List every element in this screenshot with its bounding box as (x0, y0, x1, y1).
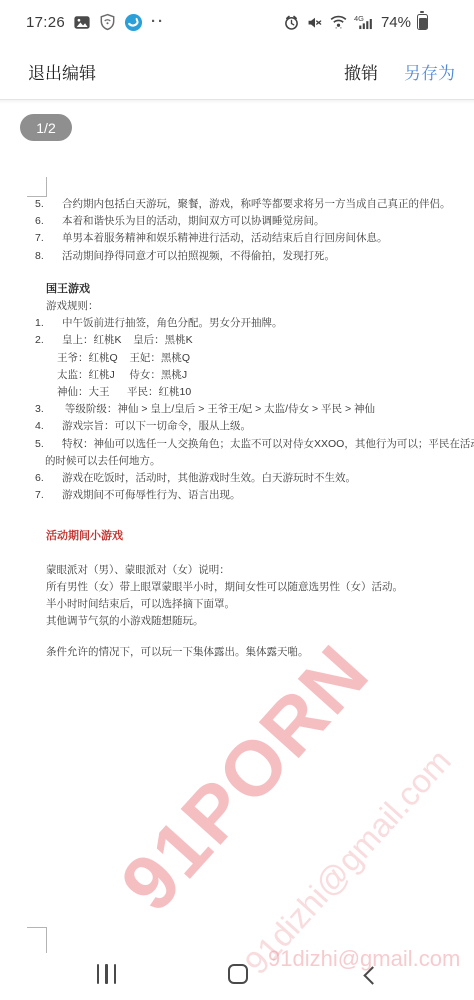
doc-line: 所有男性（女）带上眼罩蒙眼半小时，期间女性可以随意选男性（女）活动。 (0, 579, 474, 596)
blue-app-icon (124, 13, 143, 32)
doc-line: 半小时时间结束后，可以选择摘下面罩。 (0, 596, 474, 613)
doc-line: 2.皇上：红桃K 皇后：黑桃K (0, 332, 474, 349)
secure-wifi-shield-icon (99, 13, 116, 31)
doc-line: 8.活动期间挣得同意才可以拍照视频，不得偷拍，发现打死。 (0, 248, 474, 265)
status-right-cluster: 4G 74% (283, 14, 428, 31)
doc-line: 7.游戏期间不可侮辱性行为、语言出现。 (0, 487, 474, 504)
doc-line: 的时候可以去任何地方。 (0, 453, 474, 470)
phone-screen: 17:26 ·· 4G 74% (0, 0, 474, 1000)
edit-toolbar: 退出编辑 撤销 另存为 (0, 44, 474, 99)
doc-line: 王爷：红桃Q 王妃：黑桃Q (0, 350, 474, 367)
doc-line: 太监：红桃J 侍女：黑桃J (0, 367, 474, 384)
toolbar-shadow (0, 100, 474, 104)
page-indicator-badge: 1/2 (20, 114, 72, 141)
nav-home-button[interactable] (228, 964, 248, 984)
doc-line: 蒙眼派对（男）、蒙眼派对（女）说明： (0, 562, 474, 579)
doc-line: 1.中午饭前进行抽签，角色分配。男女分开抽牌。 (0, 315, 474, 332)
doc-line: 条件允许的情况下，可以玩一下集体露出。集体露天啪。 (0, 644, 474, 661)
gallery-icon (73, 14, 91, 31)
doc-gap (0, 265, 474, 281)
toolbar-actions: 撤销 另存为 (344, 59, 455, 84)
doc-line: 4.游戏宗旨：可以下一切命令，服从上级。 (0, 418, 474, 435)
doc-line: 其他调节气氛的小游戏随想随玩。 (0, 613, 474, 630)
watermark-email-diagonal: 91dizhi@gmail.com (237, 742, 458, 982)
doc-gap (0, 546, 474, 562)
battery-icon (417, 14, 428, 30)
doc-line: 3. 等级阶级：神仙 > 皇上/皇后 > 王爷王/妃 > 太监/侍女 > 平民 … (0, 401, 474, 418)
text-boundary-mark-top (27, 177, 47, 197)
doc-line: 游戏规则： (0, 298, 474, 315)
doc-line: 6.游戏在吃饭时，活动时，其他游戏时生效。白天游玩时不生效。 (0, 470, 474, 487)
exit-edit-button[interactable]: 退出编辑 (28, 59, 96, 84)
doc-line: 5.合约期内包括白天游玩，聚餐，游戏，称呼等都要求将另一方当成自己真正的伴侣。 (0, 196, 474, 213)
nav-back-icon[interactable] (363, 966, 381, 984)
save-as-button[interactable]: 另存为 (404, 59, 455, 84)
status-left-cluster: 17:26 ·· (26, 13, 165, 32)
text-boundary-mark-bottom (27, 927, 47, 953)
battery-percent: 74% (381, 14, 411, 31)
doc-line: 活动期间小游戏 (0, 528, 474, 545)
doc-gap (0, 630, 474, 644)
nav-recents-button[interactable] (97, 964, 116, 984)
watermark-email-bottom: 91dizhi@gmail.com (268, 946, 460, 972)
doc-line: 5.特权：神仙可以选任一人交换角色；太监不可以对侍女XXOO，其他行为可以；平民… (0, 436, 474, 453)
undo-button[interactable]: 撤销 (344, 59, 378, 84)
alarm-icon (283, 14, 300, 31)
doc-line: 国王游戏 (0, 281, 474, 298)
doc-line: 神仙：大王 平民：红桃10 (0, 384, 474, 401)
svg-text:4G: 4G (354, 14, 364, 23)
wifi-icon (329, 14, 348, 30)
doc-gap (0, 504, 474, 528)
signal-4g-icon: 4G (354, 14, 375, 31)
notification-overflow-dots: ·· (151, 17, 165, 27)
doc-line: 7.单男本着服务精神和娱乐精神进行活动，活动结束后自行回房间休息。 (0, 230, 474, 247)
doc-line: 6.本着和谐快乐为目的活动，期间双方可以协调睡觉房间。 (0, 213, 474, 230)
mute-icon (306, 14, 323, 31)
status-time: 17:26 (26, 14, 65, 31)
document-editor-area[interactable]: 5.合约期内包括白天游玩，聚餐，游戏，称呼等都要求将另一方当成自己真正的伴侣。6… (0, 196, 474, 662)
watermark-brand: 91PORN (103, 627, 388, 929)
status-bar: 17:26 ·· 4G 74% (0, 0, 474, 44)
